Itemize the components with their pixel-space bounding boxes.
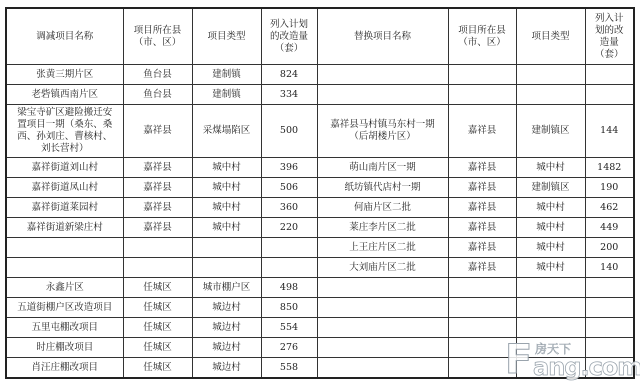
cell [516, 65, 585, 85]
cell: 嘉祥县 [448, 158, 516, 178]
cell: 萌山南片区一期 [317, 158, 448, 178]
cell: 永鑫片区 [6, 278, 123, 298]
cell: 建制镇 [192, 85, 261, 105]
cell: 824 [261, 65, 317, 85]
table-row: 时庄棚改项目 任城区 城边村 276 [6, 338, 634, 358]
cell [516, 358, 585, 379]
cell: 城边村 [192, 358, 261, 379]
cell: 1482 [585, 158, 634, 178]
table-row: 永鑫片区 任城区 城市棚户区 498 [6, 278, 634, 298]
cell: 嘉祥街道新梁庄村 [6, 218, 123, 238]
table-row: 老砦镇西南片区 鱼台县 建制镇 334 [6, 85, 634, 105]
cell: 城边村 [192, 338, 261, 358]
cell [448, 278, 516, 298]
cell: 任城区 [123, 318, 192, 338]
cell: 嘉祥街道莱园村 [6, 198, 123, 218]
cell [317, 85, 448, 105]
cell: 鱼台县 [123, 85, 192, 105]
cell [317, 338, 448, 358]
cell [585, 338, 634, 358]
cell: 城中村 [516, 238, 585, 258]
cell [516, 278, 585, 298]
cell: 大刘庙片区二批 [317, 258, 448, 278]
cell: 城中村 [516, 198, 585, 218]
cell: 五里屯棚改项目 [6, 318, 123, 338]
header-county: 项目所在县（市、区） [123, 8, 192, 65]
cell: 肖汪庄棚改项目 [6, 358, 123, 379]
cell [585, 278, 634, 298]
cell: 五道街棚户区改造项目 [6, 298, 123, 318]
cell: 334 [261, 85, 317, 105]
cell: 嘉祥县 [123, 105, 192, 158]
cell [448, 298, 516, 318]
cell: 462 [585, 198, 634, 218]
cell: 任城区 [123, 278, 192, 298]
housing-adjustment-table: 调减项目名称 项目所在县（市、区） 项目类型 列入计划的改造量（套） 替换项目名… [5, 7, 635, 379]
header-row: 调减项目名称 项目所在县（市、区） 项目类型 列入计划的改造量（套） 替换项目名… [6, 8, 634, 65]
cell [585, 358, 634, 379]
cell [448, 318, 516, 338]
cell: 140 [585, 258, 634, 278]
cell: 建制镇区 [516, 105, 585, 158]
cell: 城市棚户区 [192, 278, 261, 298]
cell: 城边村 [192, 298, 261, 318]
cell: 莱庄李片区二批 [317, 218, 448, 238]
header-replacement-planned-units: 列入计划的改造量（套） [585, 8, 634, 65]
header-reduced-project-name: 调减项目名称 [6, 8, 123, 65]
header-planned-units: 列入计划的改造量（套） [261, 8, 317, 65]
cell [6, 258, 123, 278]
cell [516, 338, 585, 358]
header-replacement-project-type: 项目类型 [516, 8, 585, 65]
cell [123, 258, 192, 278]
cell: 纸坊镇代店村一期 [317, 178, 448, 198]
cell [448, 338, 516, 358]
cell: 嘉祥县 [448, 238, 516, 258]
cell: 498 [261, 278, 317, 298]
cell: 任城区 [123, 338, 192, 358]
cell [585, 298, 634, 318]
cell: 梁宝寺矿区避险搬迁安置项目一期（桑东、桑西、孙刘庄、曹核村、刘长营村） [6, 105, 123, 158]
cell: 嘉祥县 [448, 258, 516, 278]
table-row: 肖汪庄棚改项目 任城区 城边村 558 [6, 358, 634, 379]
cell: 城中村 [516, 218, 585, 238]
cell [585, 318, 634, 338]
table-row: 五里屯棚改项目 任城区 城边村 554 [6, 318, 634, 338]
table-row: 嘉祥街道莱园村 嘉祥县 城中村 360 何庙片区二批 嘉祥县 城中村 462 [6, 198, 634, 218]
cell: 嘉祥县 [448, 105, 516, 158]
cell: 城中村 [192, 158, 261, 178]
cell: 嘉祥县 [448, 198, 516, 218]
cell: 时庄棚改项目 [6, 338, 123, 358]
header-project-type: 项目类型 [192, 8, 261, 65]
cell: 城中村 [192, 198, 261, 218]
cell [317, 318, 448, 338]
cell [448, 85, 516, 105]
cell: 850 [261, 298, 317, 318]
table-row: 五道街棚户区改造项目 任城区 城边村 850 [6, 298, 634, 318]
cell: 嘉祥县马村镇马东村一期（后胡楼片区） [317, 105, 448, 158]
cell [123, 238, 192, 258]
table-row: 梁宝寺矿区避险搬迁安置项目一期（桑东、桑西、孙刘庄、曹核村、刘长营村） 嘉祥县 … [6, 105, 634, 158]
cell: 城中村 [192, 178, 261, 198]
table-row: 嘉祥街道凤山村 嘉祥县 城中村 506 纸坊镇代店村一期 嘉祥县 建制镇区 19… [6, 178, 634, 198]
cell [261, 258, 317, 278]
cell: 嘉祥县 [123, 178, 192, 198]
cell: 嘉祥县 [123, 218, 192, 238]
cell [448, 358, 516, 379]
header-replacement-project-name: 替换项目名称 [317, 8, 448, 65]
cell: 任城区 [123, 358, 192, 379]
cell: 鱼台县 [123, 65, 192, 85]
cell [261, 238, 317, 258]
cell: 何庙片区二批 [317, 198, 448, 218]
cell: 190 [585, 178, 634, 198]
cell [448, 65, 516, 85]
cell: 200 [585, 238, 634, 258]
cell: 建制镇 [192, 65, 261, 85]
cell [516, 298, 585, 318]
cell: 城中村 [516, 258, 585, 278]
cell: 任城区 [123, 298, 192, 318]
table-row: 大刘庙片区二批 嘉祥县 城中村 140 [6, 258, 634, 278]
cell: 558 [261, 358, 317, 379]
cell: 嘉祥县 [123, 198, 192, 218]
cell: 嘉祥县 [123, 158, 192, 178]
cell: 城边村 [192, 318, 261, 338]
table-row: 张黄三期片区 鱼台县 建制镇 824 [6, 65, 634, 85]
cell [317, 358, 448, 379]
table-row: 嘉祥街道刘山村 嘉祥县 城中村 396 萌山南片区一期 嘉祥县 城中村 1482 [6, 158, 634, 178]
cell [192, 238, 261, 258]
cell: 张黄三期片区 [6, 65, 123, 85]
cell: 144 [585, 105, 634, 158]
cell: 506 [261, 178, 317, 198]
table-row: 嘉祥街道新梁庄村 嘉祥县 城中村 220 莱庄李片区二批 嘉祥县 城中村 449 [6, 218, 634, 238]
cell: 老砦镇西南片区 [6, 85, 123, 105]
cell: 城中村 [192, 218, 261, 238]
cell: 276 [261, 338, 317, 358]
cell [317, 278, 448, 298]
cell [585, 85, 634, 105]
cell: 嘉祥县 [448, 178, 516, 198]
cell: 嘉祥县 [448, 218, 516, 238]
cell [516, 318, 585, 338]
cell: 554 [261, 318, 317, 338]
header-replacement-county: 项目所在县（市、区） [448, 8, 516, 65]
cell: 500 [261, 105, 317, 158]
cell: 上王庄片区二批 [317, 238, 448, 258]
cell [516, 85, 585, 105]
cell: 采煤塌陷区 [192, 105, 261, 158]
cell: 220 [261, 218, 317, 238]
cell: 城中村 [516, 158, 585, 178]
cell: 360 [261, 198, 317, 218]
cell [317, 298, 448, 318]
cell: 嘉祥街道刘山村 [6, 158, 123, 178]
cell [317, 65, 448, 85]
table-row: 上王庄片区二批 嘉祥县 城中村 200 [6, 238, 634, 258]
cell [6, 238, 123, 258]
cell: 建制镇区 [516, 178, 585, 198]
cell: 嘉祥街道凤山村 [6, 178, 123, 198]
cell [585, 65, 634, 85]
cell: 449 [585, 218, 634, 238]
cell: 396 [261, 158, 317, 178]
cell [192, 258, 261, 278]
